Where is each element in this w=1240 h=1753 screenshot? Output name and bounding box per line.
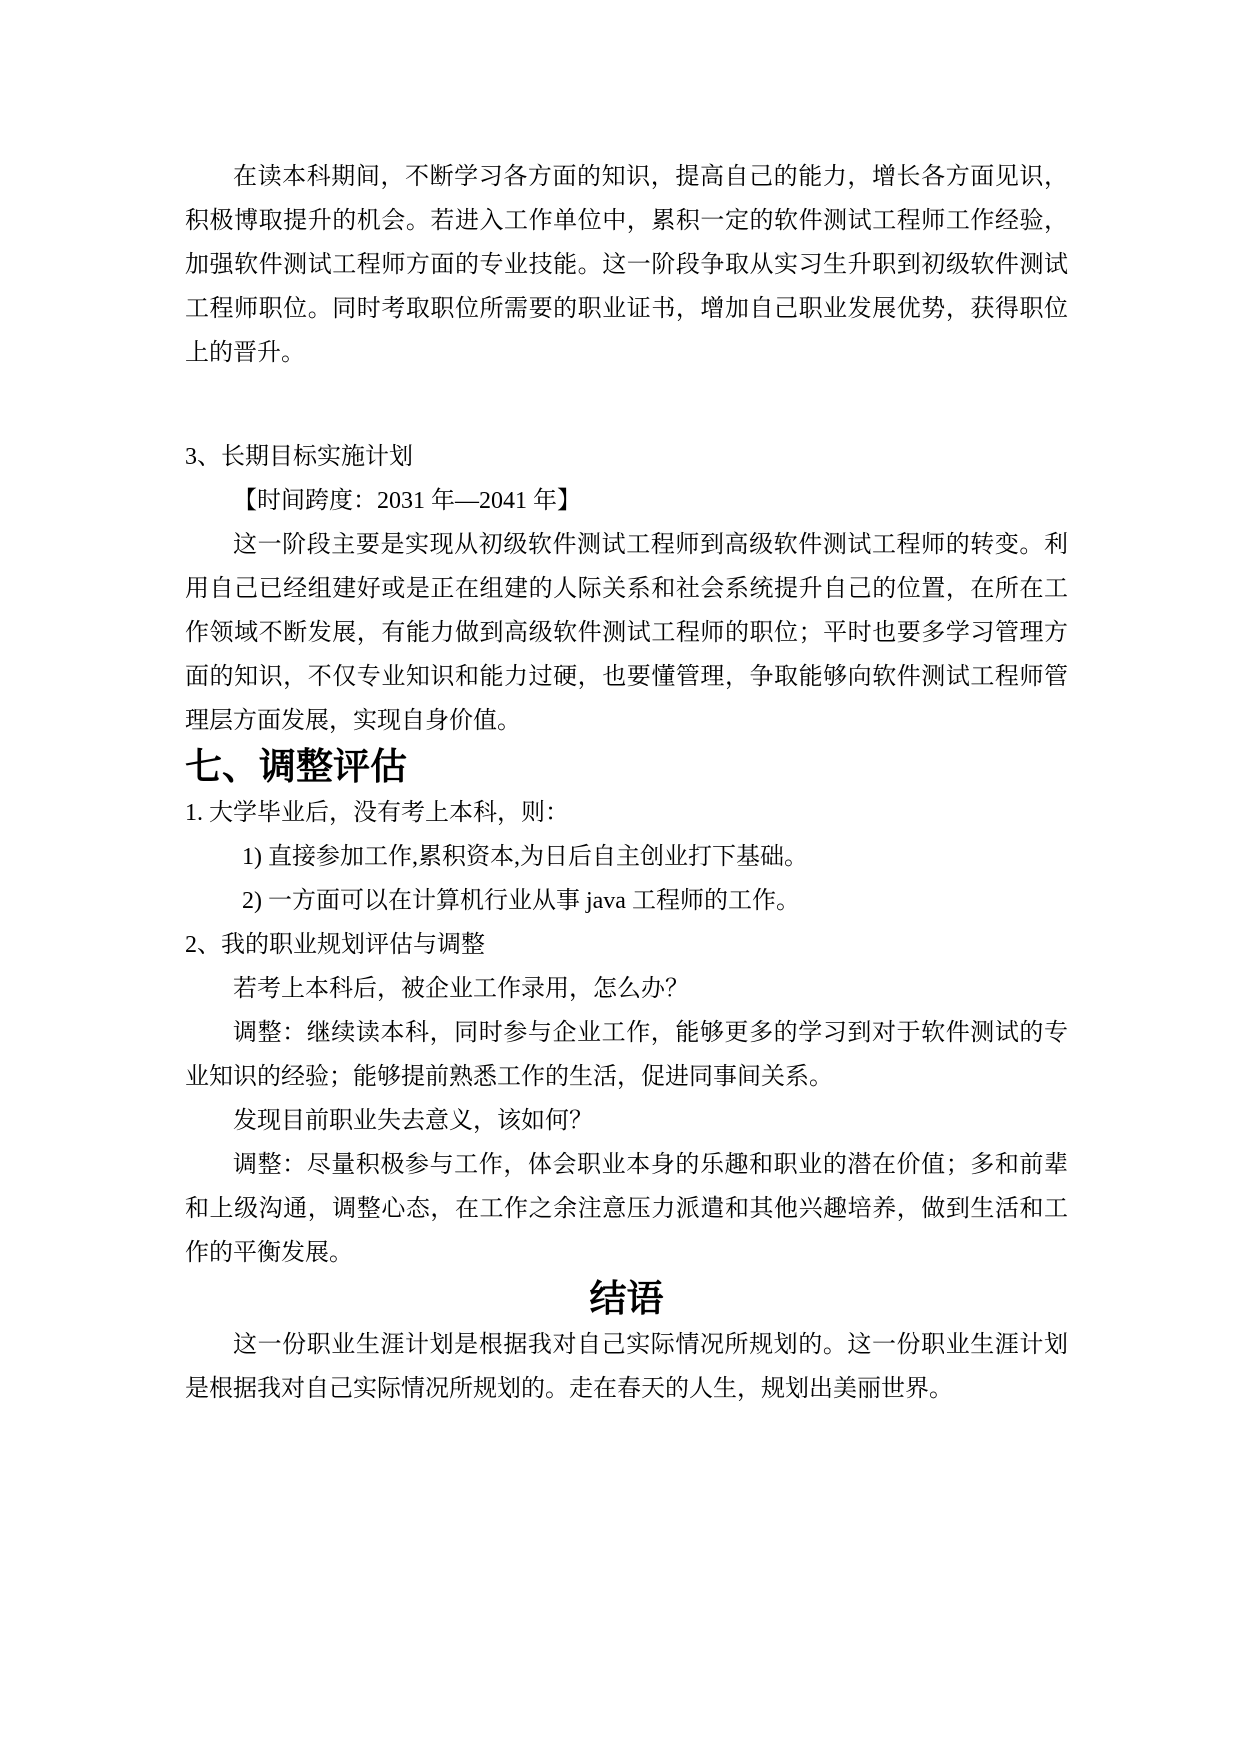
adjust-case2-title: 2、我的职业规划评估与调整 [185, 923, 1068, 967]
section-heading-adjust-evaluation: 七、调整评估 [185, 743, 1068, 791]
long-term-plan-title: 3、长期目标实施计划 [185, 435, 1068, 479]
adjust-case1-title: 1. 大学毕业后，没有考上本科，则： [185, 791, 1068, 835]
paragraph-bachelor-stage: 在读本科期间，不断学习各方面的知识，提高自己的能力，增长各方面见识，积极博取提升… [185, 155, 1068, 375]
adjust-answer-1: 调整：继续读本科，同时参与企业工作，能够更多的学习到对于软件测试的专业知识的经验… [185, 1011, 1068, 1099]
adjust-case1-item1: 1) 直接参加工作,累积资本,为日后自主创业打下基础。 [185, 835, 1068, 879]
long-term-timespan: 【时间跨度：2031 年—2041 年】 [185, 479, 1068, 523]
blank-line-spacer [185, 375, 1068, 435]
document-page: 在读本科期间，不断学习各方面的知识，提高自己的能力，增长各方面见识，积极博取提升… [0, 0, 1240, 1753]
paragraph-long-term-body: 这一阶段主要是实现从初级软件测试工程师到高级软件测试工程师的转变。利用自己已经组… [185, 523, 1068, 743]
adjust-question-2: 发现目前职业失去意义，该如何？ [185, 1099, 1068, 1143]
adjust-case1-item2: 2) 一方面可以在计算机行业从事 java 工程师的工作。 [185, 879, 1068, 923]
conclusion-heading: 结语 [185, 1275, 1068, 1323]
paragraph-conclusion-body: 这一份职业生涯计划是根据我对自己实际情况所规划的。这一份职业生涯计划是根据我对自… [185, 1323, 1068, 1411]
adjust-question-1: 若考上本科后，被企业工作录用，怎么办？ [185, 967, 1068, 1011]
adjust-answer-2: 调整：尽量积极参与工作，体会职业本身的乐趣和职业的潜在价值；多和前辈和上级沟通，… [185, 1143, 1068, 1275]
